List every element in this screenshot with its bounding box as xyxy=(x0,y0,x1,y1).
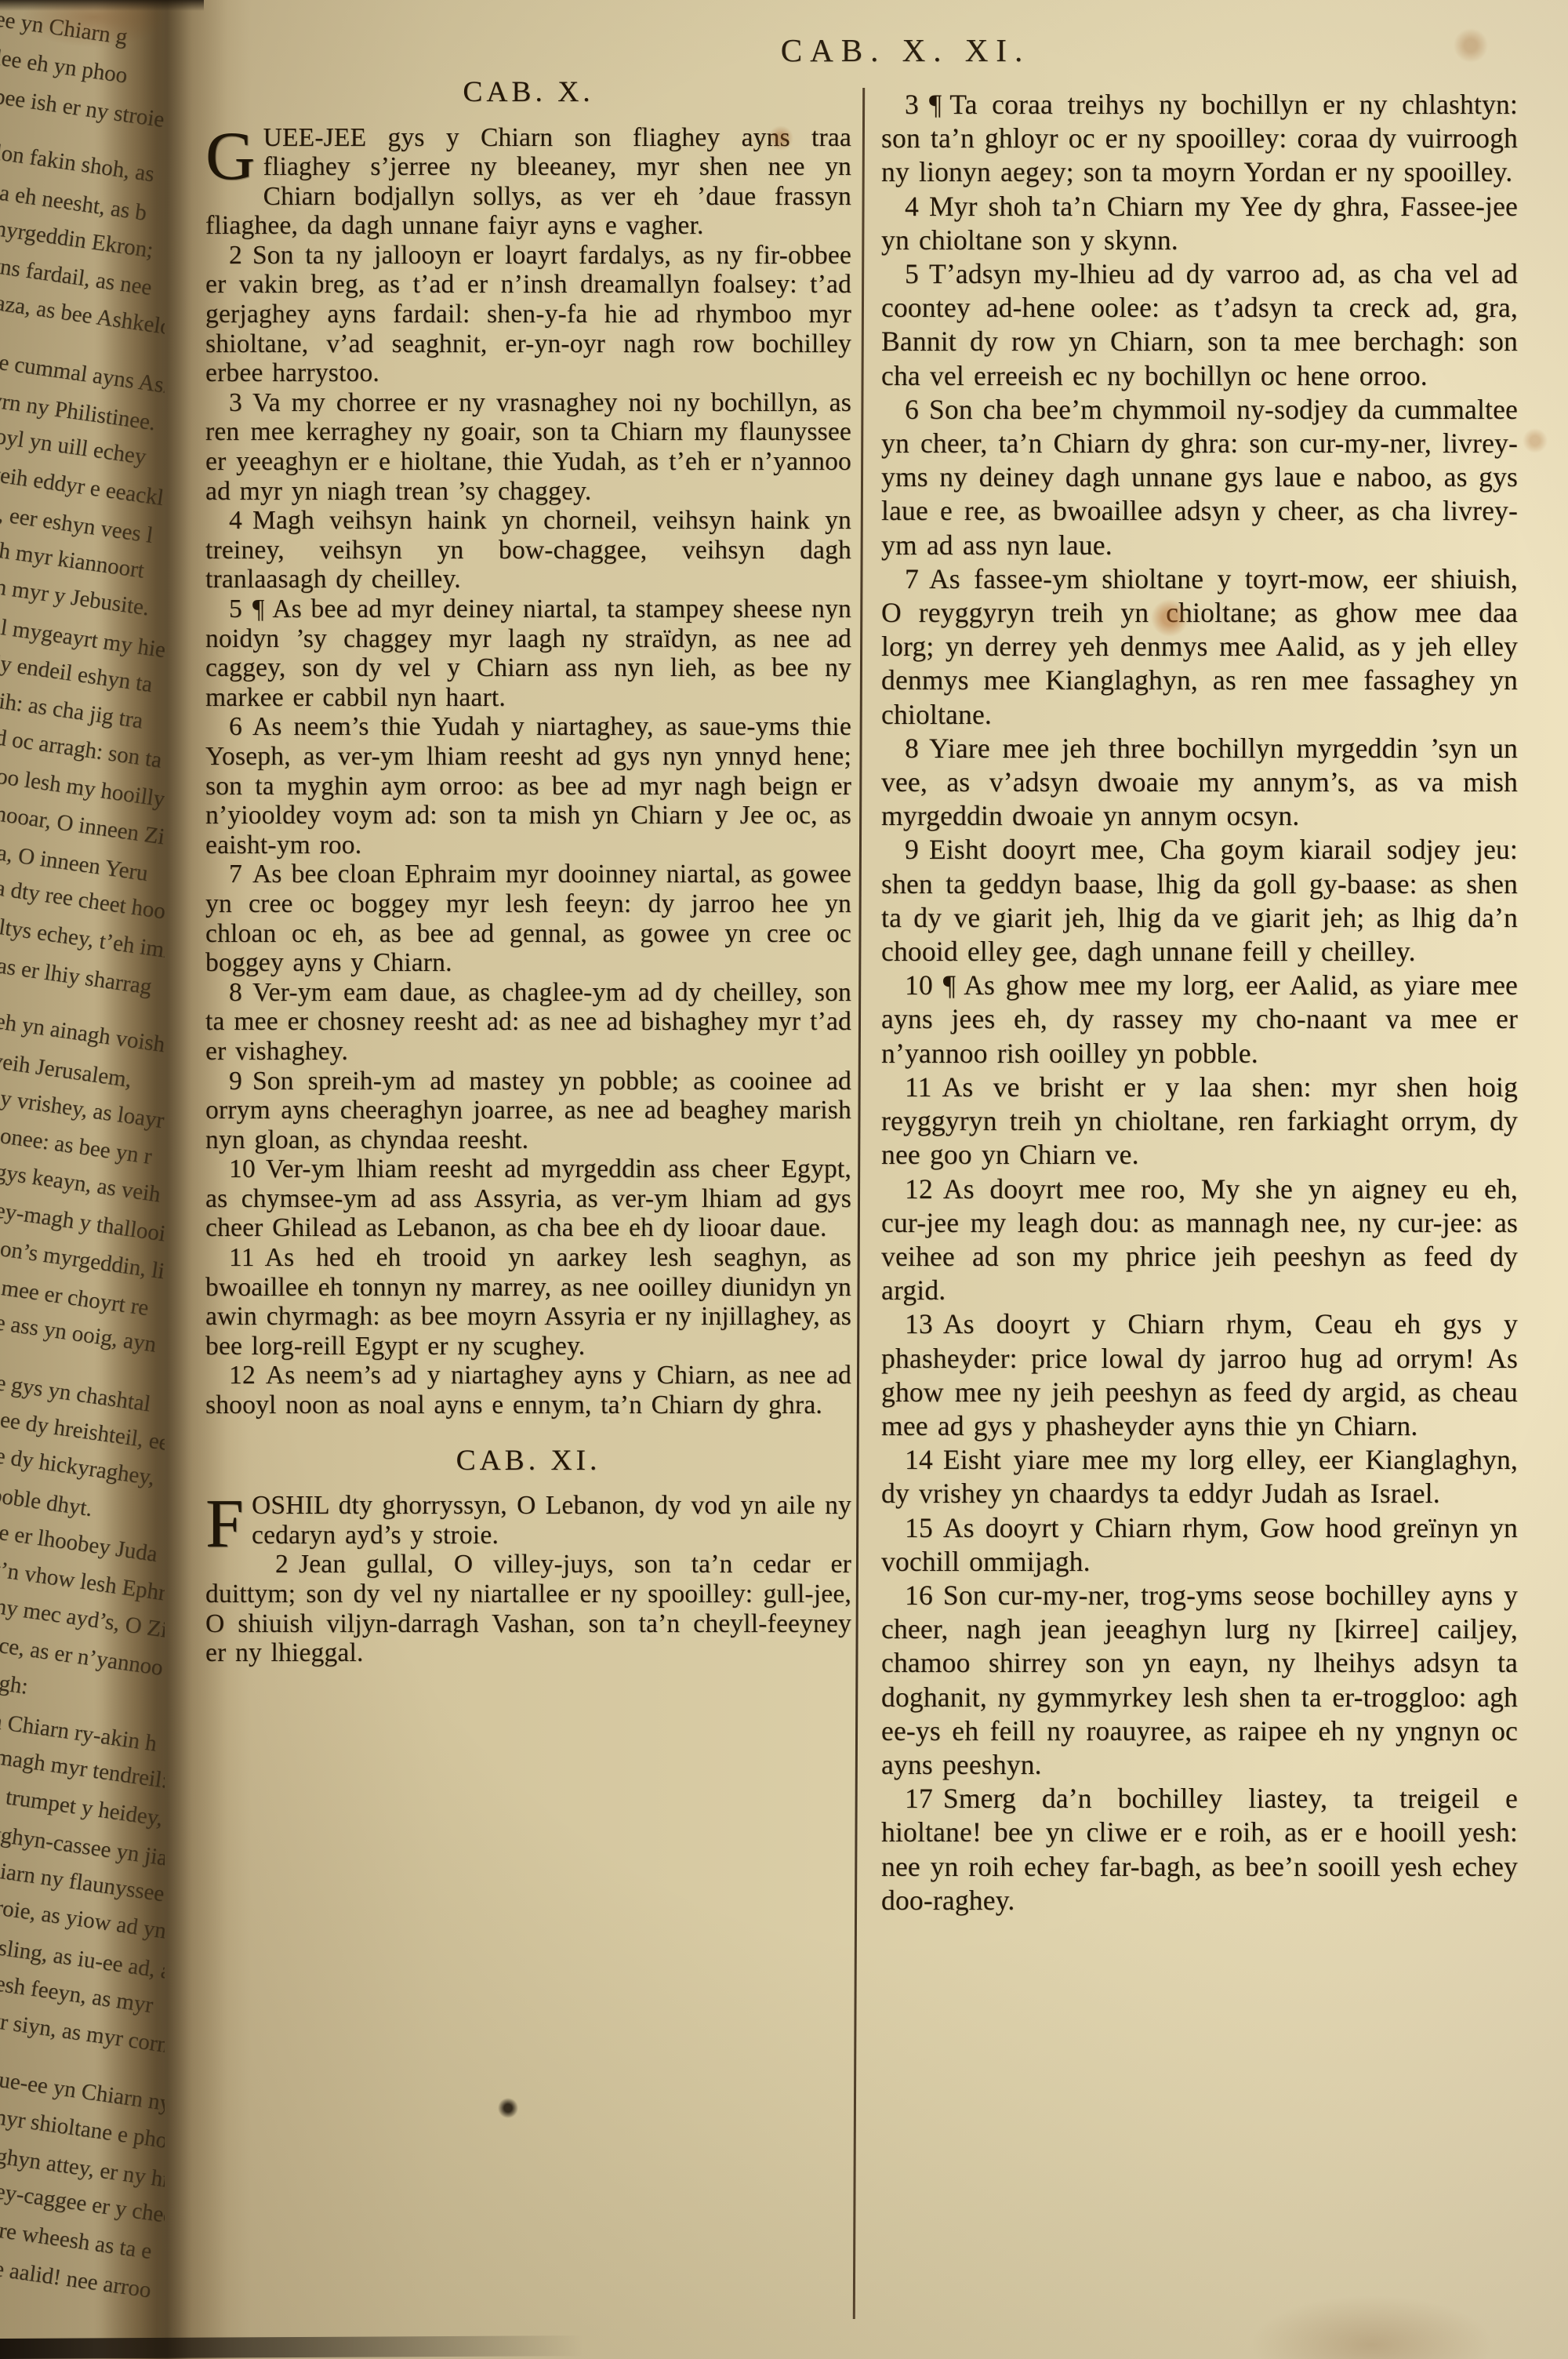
verse-number: 8 xyxy=(905,732,919,764)
verse-number: 8 xyxy=(229,978,242,1007)
verse-number: 2 xyxy=(275,1550,289,1579)
verse-text: Eisht dooyrt mee, Cha goym kiarail sodje… xyxy=(881,834,1518,967)
drop-cap: F xyxy=(205,1496,244,1552)
verse-text: Son cha bee’m chymmoil ny-sodjey da cumm… xyxy=(881,394,1518,561)
verse: 2Jean gullal, O villey-juys, son ta’n ce… xyxy=(205,1550,851,1667)
verse-text: Va my chorree er ny vrasnaghey noi ny bo… xyxy=(205,388,851,506)
verse: 16Son cur-my-ner, trog-yms seose bochill… xyxy=(881,1579,1518,1782)
verse-text: Yiare mee jeh three bochillyn myrgeddin … xyxy=(881,732,1518,831)
verse: 11As ve brisht er y laa shen: myr shen h… xyxy=(881,1070,1518,1172)
verse-number: 9 xyxy=(229,1067,242,1096)
column-divider-rule xyxy=(853,88,865,2319)
running-head: CAB. X. XI. xyxy=(745,31,1066,69)
verse: 9Eisht dooyrt mee, Cha goym kiarail sodj… xyxy=(881,833,1518,969)
verse-number: 6 xyxy=(229,712,242,741)
verse-text: Magh veihsyn haink yn chorneil, veihsyn … xyxy=(205,506,851,594)
chapter: CAB. XI. FOSHIL dty ghorryssyn, O Lebano… xyxy=(205,1441,851,1668)
verse: 8Yiare mee jeh three bochillyn myrgeddin… xyxy=(881,732,1518,834)
verse-text: Ta coraa treihys ny bochillyn er ny chla… xyxy=(881,89,1518,187)
verse-number: 5 xyxy=(229,594,242,623)
verse: 9Son spreih-ym ad mastey yn pobble; as c… xyxy=(205,1067,851,1155)
verse: 14Eisht yiare mee my lorg elley, eer Kia… xyxy=(881,1443,1518,1510)
verse: 4Magh veihsyn haink yn chorneil, veihsyn… xyxy=(205,506,851,594)
verse-number: 12 xyxy=(229,1361,256,1390)
verse-text: As ghow mee my lorg, eer Aalid, as yiare… xyxy=(881,969,1518,1068)
verse-number: 9 xyxy=(905,834,919,865)
verse-number: 5 xyxy=(905,258,919,289)
pilcrow-mark: ¶ xyxy=(943,969,956,1001)
verse: 11As hed eh trooid yn aarkey lesh seaghy… xyxy=(205,1243,851,1361)
verse-text: As ve brisht er y laa shen: myr shen hoi… xyxy=(881,1071,1518,1170)
verse-list: FOSHIL dty ghorryssyn, O Lebanon, dy vod… xyxy=(205,1491,851,1668)
book-page-photo: ee yn Chiarn gllee eh yn phoos bee ish e… xyxy=(0,0,1568,2359)
verse-text: As dooyrt mee roo, My she yn aigney eu e… xyxy=(881,1173,1518,1307)
verse-number: 7 xyxy=(905,563,919,594)
verse-number: 11 xyxy=(229,1243,255,1272)
verse-number: 7 xyxy=(229,860,242,889)
verse: 7As bee cloan Ephraim myr dooinney niart… xyxy=(205,860,851,977)
verse-text: OSHIL dty ghorryssyn, O Lebanon, dy vod … xyxy=(252,1491,851,1550)
chapter-heading: CAB. X. xyxy=(205,72,851,114)
verse: 5¶As bee ad myr deiney niartal, ta stamp… xyxy=(205,594,851,712)
verse-text: As neem’s thie Yudah y niartaghey, as sa… xyxy=(205,712,851,859)
verse: 4Myr shoh ta’n Chiarn my Yee dy ghra, Fa… xyxy=(881,190,1518,257)
verse-number: 6 xyxy=(905,394,919,425)
verse-text: Son spreih-ym ad mastey yn pobble; as co… xyxy=(205,1067,851,1154)
verse-text: Ver-ym lhiam reesht ad myrgeddin ass che… xyxy=(205,1154,851,1242)
verse-number: 10 xyxy=(229,1154,256,1183)
verse: 7As fassee-ym shioltane y toyrt-mow, eer… xyxy=(881,562,1518,732)
verse-list: 3¶Ta coraa treihys ny bochillyn er ny ch… xyxy=(881,88,1518,1917)
verse-number: 3 xyxy=(905,89,919,120)
verse-number: 15 xyxy=(905,1512,933,1543)
verse-text: As hed eh trooid yn aarkey lesh seaghyn,… xyxy=(205,1243,851,1361)
verse-text: As bee cloan Ephraim myr dooinney niarta… xyxy=(205,860,851,977)
verse: 6As neem’s thie Yudah y niartaghey, as s… xyxy=(205,712,851,860)
verse: 6Son cha bee’m chymmoil ny-sodjey da cum… xyxy=(881,393,1518,562)
verse: 15As dooyrt y Chiarn rhym, Gow hood greï… xyxy=(881,1511,1518,1579)
verse-text: As neem’s ad y niartaghey ayns y Chiarn,… xyxy=(205,1361,851,1419)
left-text-column: CAB. X. GUEE-JEE gys y Chiarn son fliagh… xyxy=(205,72,851,1668)
verse-text: Son ta ny jallooyn er loayrt fardalys, a… xyxy=(205,241,851,387)
verse-text: Jean gullal, O villey-juys, son ta’n ced… xyxy=(205,1550,851,1667)
verse: 10Ver-ym lhiam reesht ad myrgeddin ass c… xyxy=(205,1154,851,1243)
verse: 3¶Ta coraa treihys ny bochillyn er ny ch… xyxy=(881,88,1518,190)
verse-text: As bee ad myr deiney niartal, ta stampey… xyxy=(205,594,851,712)
verse-text: As dooyrt y Chiarn rhym, Ceau eh gys y p… xyxy=(881,1308,1518,1441)
pilcrow-mark: ¶ xyxy=(929,89,942,120)
verse-text: As fassee-ym shioltane y toyrt-mow, eer … xyxy=(881,563,1518,730)
right-text-column: 3¶Ta coraa treihys ny bochillyn er ny ch… xyxy=(881,88,1518,1917)
verse-text: Myr shoh ta’n Chiarn my Yee dy ghra, Fas… xyxy=(881,191,1518,256)
verse-number: 2 xyxy=(229,241,242,270)
verse-number: 4 xyxy=(905,191,919,222)
facing-page-gutter-strip: ee yn Chiarn gllee eh yn phoos bee ish e… xyxy=(0,0,165,2359)
verse: GUEE-JEE gys y Chiarn son fliaghey ayns … xyxy=(205,123,851,241)
verse-number: 14 xyxy=(905,1444,933,1475)
verse-number: 16 xyxy=(905,1579,933,1611)
verse-text: UEE-JEE gys y Chiarn son fliaghey ayns t… xyxy=(205,123,851,241)
chapter: 3¶Ta coraa treihys ny bochillyn er ny ch… xyxy=(881,88,1518,1917)
chapter-heading: CAB. XI. xyxy=(205,1441,851,1482)
verse: 2Son ta ny jallooyn er loayrt fardalys, … xyxy=(205,241,851,388)
verse: 13As dooyrt y Chiarn rhym, Ceau eh gys y… xyxy=(881,1307,1518,1443)
verse: 5T’adsyn my-lhieu ad dy varroo ad, as ch… xyxy=(881,257,1518,393)
verse-text: Son cur-my-ner, trog-yms seose bochilley… xyxy=(881,1579,1518,1780)
verse-text: As dooyrt y Chiarn rhym, Gow hood greïny… xyxy=(881,1512,1518,1577)
chapter: CAB. X. GUEE-JEE gys y Chiarn son fliagh… xyxy=(205,72,851,1420)
verse-number: 10 xyxy=(905,969,933,1001)
verse-text: Smerg da’n bochilley liastey, ta treigei… xyxy=(881,1783,1518,1916)
verse-text: T’adsyn my-lhieu ad dy varroo ad, as cha… xyxy=(881,258,1518,391)
verse-number: 3 xyxy=(229,388,242,417)
verse: 12As neem’s ad y niartaghey ayns y Chiar… xyxy=(205,1361,851,1419)
pilcrow-mark: ¶ xyxy=(252,594,264,623)
verse-number: 11 xyxy=(905,1071,932,1103)
verse-text: Eisht yiare mee my lorg elley, eer Kiang… xyxy=(881,1444,1518,1509)
verse-number: 13 xyxy=(905,1308,933,1339)
verse: FOSHIL dty ghorryssyn, O Lebanon, dy vod… xyxy=(205,1491,851,1550)
verse: 17Smerg da’n bochilley liastey, ta treig… xyxy=(881,1782,1518,1917)
verse: 12As dooyrt mee roo, My she yn aigney eu… xyxy=(881,1172,1518,1308)
verse-text: Ver-ym eam daue, as chaglee-ym ad dy che… xyxy=(205,978,851,1066)
verse-number: 4 xyxy=(229,506,242,535)
verse-number: 12 xyxy=(905,1173,933,1205)
verse-number: 17 xyxy=(905,1783,933,1814)
verse: 10¶As ghow mee my lorg, eer Aalid, as yi… xyxy=(881,969,1518,1070)
verse: 3Va my chorree er ny vrasnaghey noi ny b… xyxy=(205,388,851,506)
drop-cap: G xyxy=(205,128,256,184)
verse-list: GUEE-JEE gys y Chiarn son fliaghey ayns … xyxy=(205,123,851,1420)
verse: 8Ver-ym eam daue, as chaglee-ym ad dy ch… xyxy=(205,978,851,1067)
